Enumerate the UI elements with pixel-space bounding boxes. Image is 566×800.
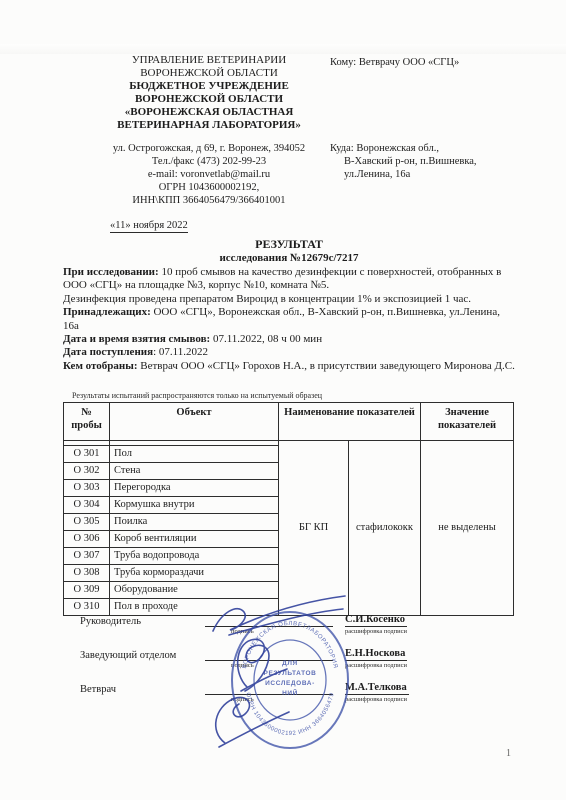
signature-name: Е.Н.Носкова xyxy=(345,648,407,661)
paragraph-disinfection: Дезинфекция проведена препаратом Вироцид… xyxy=(63,293,516,306)
paragraph-label: Кем отобраны: xyxy=(63,360,138,372)
object-cell: Стена xyxy=(110,463,279,480)
signature-role: Заведующий отделом xyxy=(80,650,176,661)
sender-org-block: УПРАВЛЕНИЕ ВЕТЕРИНАРИИ ВОРОНЕЖСКОЙ ОБЛАС… xyxy=(63,54,355,132)
sample-id-cell: О 307 xyxy=(64,548,110,565)
paragraph-label: Принадлежащих: xyxy=(63,306,151,318)
object-cell: Пол xyxy=(110,446,279,463)
object-cell: Короб вентиляции xyxy=(110,531,279,548)
signature-row-head-of-department: Заведующий отделом подпись Е.Н.Носкова р… xyxy=(63,646,515,680)
table-header-row: № пробы Объект Наименование показателей … xyxy=(64,403,514,441)
signature-role: Ветврач xyxy=(80,684,116,695)
header-sample: № пробы xyxy=(64,403,110,441)
sender-dept-line: УПРАВЛЕНИЕ ВЕТЕРИНАРИИ xyxy=(63,54,355,67)
sender-ogrn: ОГРН 1043600002192, xyxy=(63,181,355,194)
signature-row-director: Руководитель подпись С.И.Косенко расшифр… xyxy=(63,612,515,646)
paragraph-text: Ветврач ООО «СГЦ» Горохов Н.А., в присут… xyxy=(138,360,515,372)
object-cell: Труба водопровода xyxy=(110,548,279,565)
signature-ink-vet xyxy=(219,712,289,747)
name-label: расшифровка подписи xyxy=(345,628,407,635)
recipient-address-line: ул.Ленина, 16а xyxy=(330,168,520,181)
paragraph-label: При исследовании: xyxy=(63,266,159,278)
disclaimer-note: Результаты испытаний распространяются то… xyxy=(72,391,322,400)
signature-line xyxy=(205,612,333,627)
sample-id-cell: О 306 xyxy=(64,531,110,548)
results-table: № пробы Объект Наименование показателей … xyxy=(63,402,514,616)
sample-id-cell: О 305 xyxy=(64,514,110,531)
paragraph-text: 07.11.2022, 08 ч 00 мин xyxy=(210,333,322,345)
name-label: расшифровка подписи xyxy=(345,696,407,703)
recipient-to-line: Кому: Ветврачу ООО «СГЦ» xyxy=(330,56,515,69)
sample-id-cell: О 301 xyxy=(64,446,110,463)
sender-phone: Тел./факс (473) 202-99-23 xyxy=(63,155,355,168)
object-cell: Кормушка внутри xyxy=(110,497,279,514)
paragraph-label: Дата и время взятия смывов: xyxy=(63,333,210,345)
sender-email: e-mail: voronvetlab@mail.ru xyxy=(63,168,355,181)
sender-org-line: БЮДЖЕТНОЕ УЧРЕЖДЕНИЕ xyxy=(63,80,355,93)
indicator-bgkp-cell: БГ КП xyxy=(279,441,349,616)
document-page: УПРАВЛЕНИЕ ВЕТЕРИНАРИИ ВОРОНЕЖСКОЙ ОБЛАС… xyxy=(0,0,566,800)
paragraph-received-date: Дата поступления: 07.11.2022 xyxy=(63,346,516,359)
document-body: При исследовании: 10 проб смывов на каче… xyxy=(63,266,516,373)
header-object: Объект xyxy=(110,403,279,441)
recipient-address-block: Куда: Воронежская обл., В-Хавский р-он, … xyxy=(330,142,520,181)
paragraph-research: При исследовании: 10 проб смывов на каче… xyxy=(63,266,516,293)
scan-artifact xyxy=(0,44,566,54)
value-cell: не выделены xyxy=(421,441,514,616)
recipient-to: Кому: Ветврачу ООО «СГЦ» xyxy=(330,56,515,69)
sender-org-line: ВЕТЕРИНАРНАЯ ЛАБОРАТОРИЯ» xyxy=(63,119,355,132)
sample-id-cell: О 309 xyxy=(64,582,110,599)
sample-id-cell: О 304 xyxy=(64,497,110,514)
sender-contact-block: ул. Острогожская, д 69, г. Воронеж, 3940… xyxy=(63,142,355,207)
object-cell: Перегородка xyxy=(110,480,279,497)
paragraph-label: Дата поступления xyxy=(63,346,153,358)
signature-role: Руководитель xyxy=(80,616,141,627)
indicator-staph-cell: стафилококк xyxy=(349,441,421,616)
page-number: 1 xyxy=(506,748,511,759)
signature-name: С.И.Косенко xyxy=(345,614,407,627)
sample-id-cell: О 302 xyxy=(64,463,110,480)
paragraph-text: Дезинфекция проведена препаратом Вироцид… xyxy=(63,293,471,305)
recipient-address-line: Куда: Воронежская обл., xyxy=(330,142,520,155)
sign-label: подпись xyxy=(231,662,254,669)
document-title: РЕЗУЛЬТАТ xyxy=(63,237,515,252)
object-cell: Поилка xyxy=(110,514,279,531)
recipient-address-line: В-Хавский р-он, п.Вишневка, xyxy=(330,155,520,168)
paragraph-text: : 07.11.2022 xyxy=(153,346,208,358)
sender-address: ул. Острогожская, д 69, г. Воронеж, 3940… xyxy=(63,142,355,155)
paragraph-sampling-datetime: Дата и время взятия смывов: 07.11.2022, … xyxy=(63,333,516,346)
sender-org-line: ВОРОНЕЖСКОЙ ОБЛАСТИ xyxy=(63,93,355,106)
sign-label: подпись xyxy=(231,696,254,703)
signature-name: М.А.Телкова xyxy=(345,682,409,695)
signature-line xyxy=(205,680,333,695)
sign-label: подпись xyxy=(231,628,254,635)
document-subtitle: исследования №12679с/7217 xyxy=(63,252,515,264)
object-cell: Оборудование xyxy=(110,582,279,599)
sender-org-line: «ВОРОНЕЖСКАЯ ОБЛАСТНАЯ xyxy=(63,106,355,119)
name-label: расшифровка подписи xyxy=(345,662,407,669)
signature-row-veterinarian: Ветврач подпись М.А.Телкова расшифровка … xyxy=(63,680,515,714)
document-date: «11» ноября 2022 xyxy=(110,220,188,233)
header-indicator: Наименование показателей xyxy=(279,403,421,441)
sample-id-cell: О 303 xyxy=(64,480,110,497)
sample-id-cell: О 308 xyxy=(64,565,110,582)
paragraph-sampled-by: Кем отобраны: Ветврач ООО «СГЦ» Горохов … xyxy=(63,360,516,373)
sender-inn: ИНН\КПП 3664056479/366401001 xyxy=(63,194,355,207)
paragraph-owner: Принадлежащих: ООО «СГЦ», Воронежская об… xyxy=(63,306,516,333)
signature-line xyxy=(205,646,333,661)
header-value: Значение показателей xyxy=(421,403,514,441)
object-cell: Труба кормораздачи xyxy=(110,565,279,582)
sender-dept-line: ВОРОНЕЖСКОЙ ОБЛАСТИ xyxy=(63,67,355,80)
